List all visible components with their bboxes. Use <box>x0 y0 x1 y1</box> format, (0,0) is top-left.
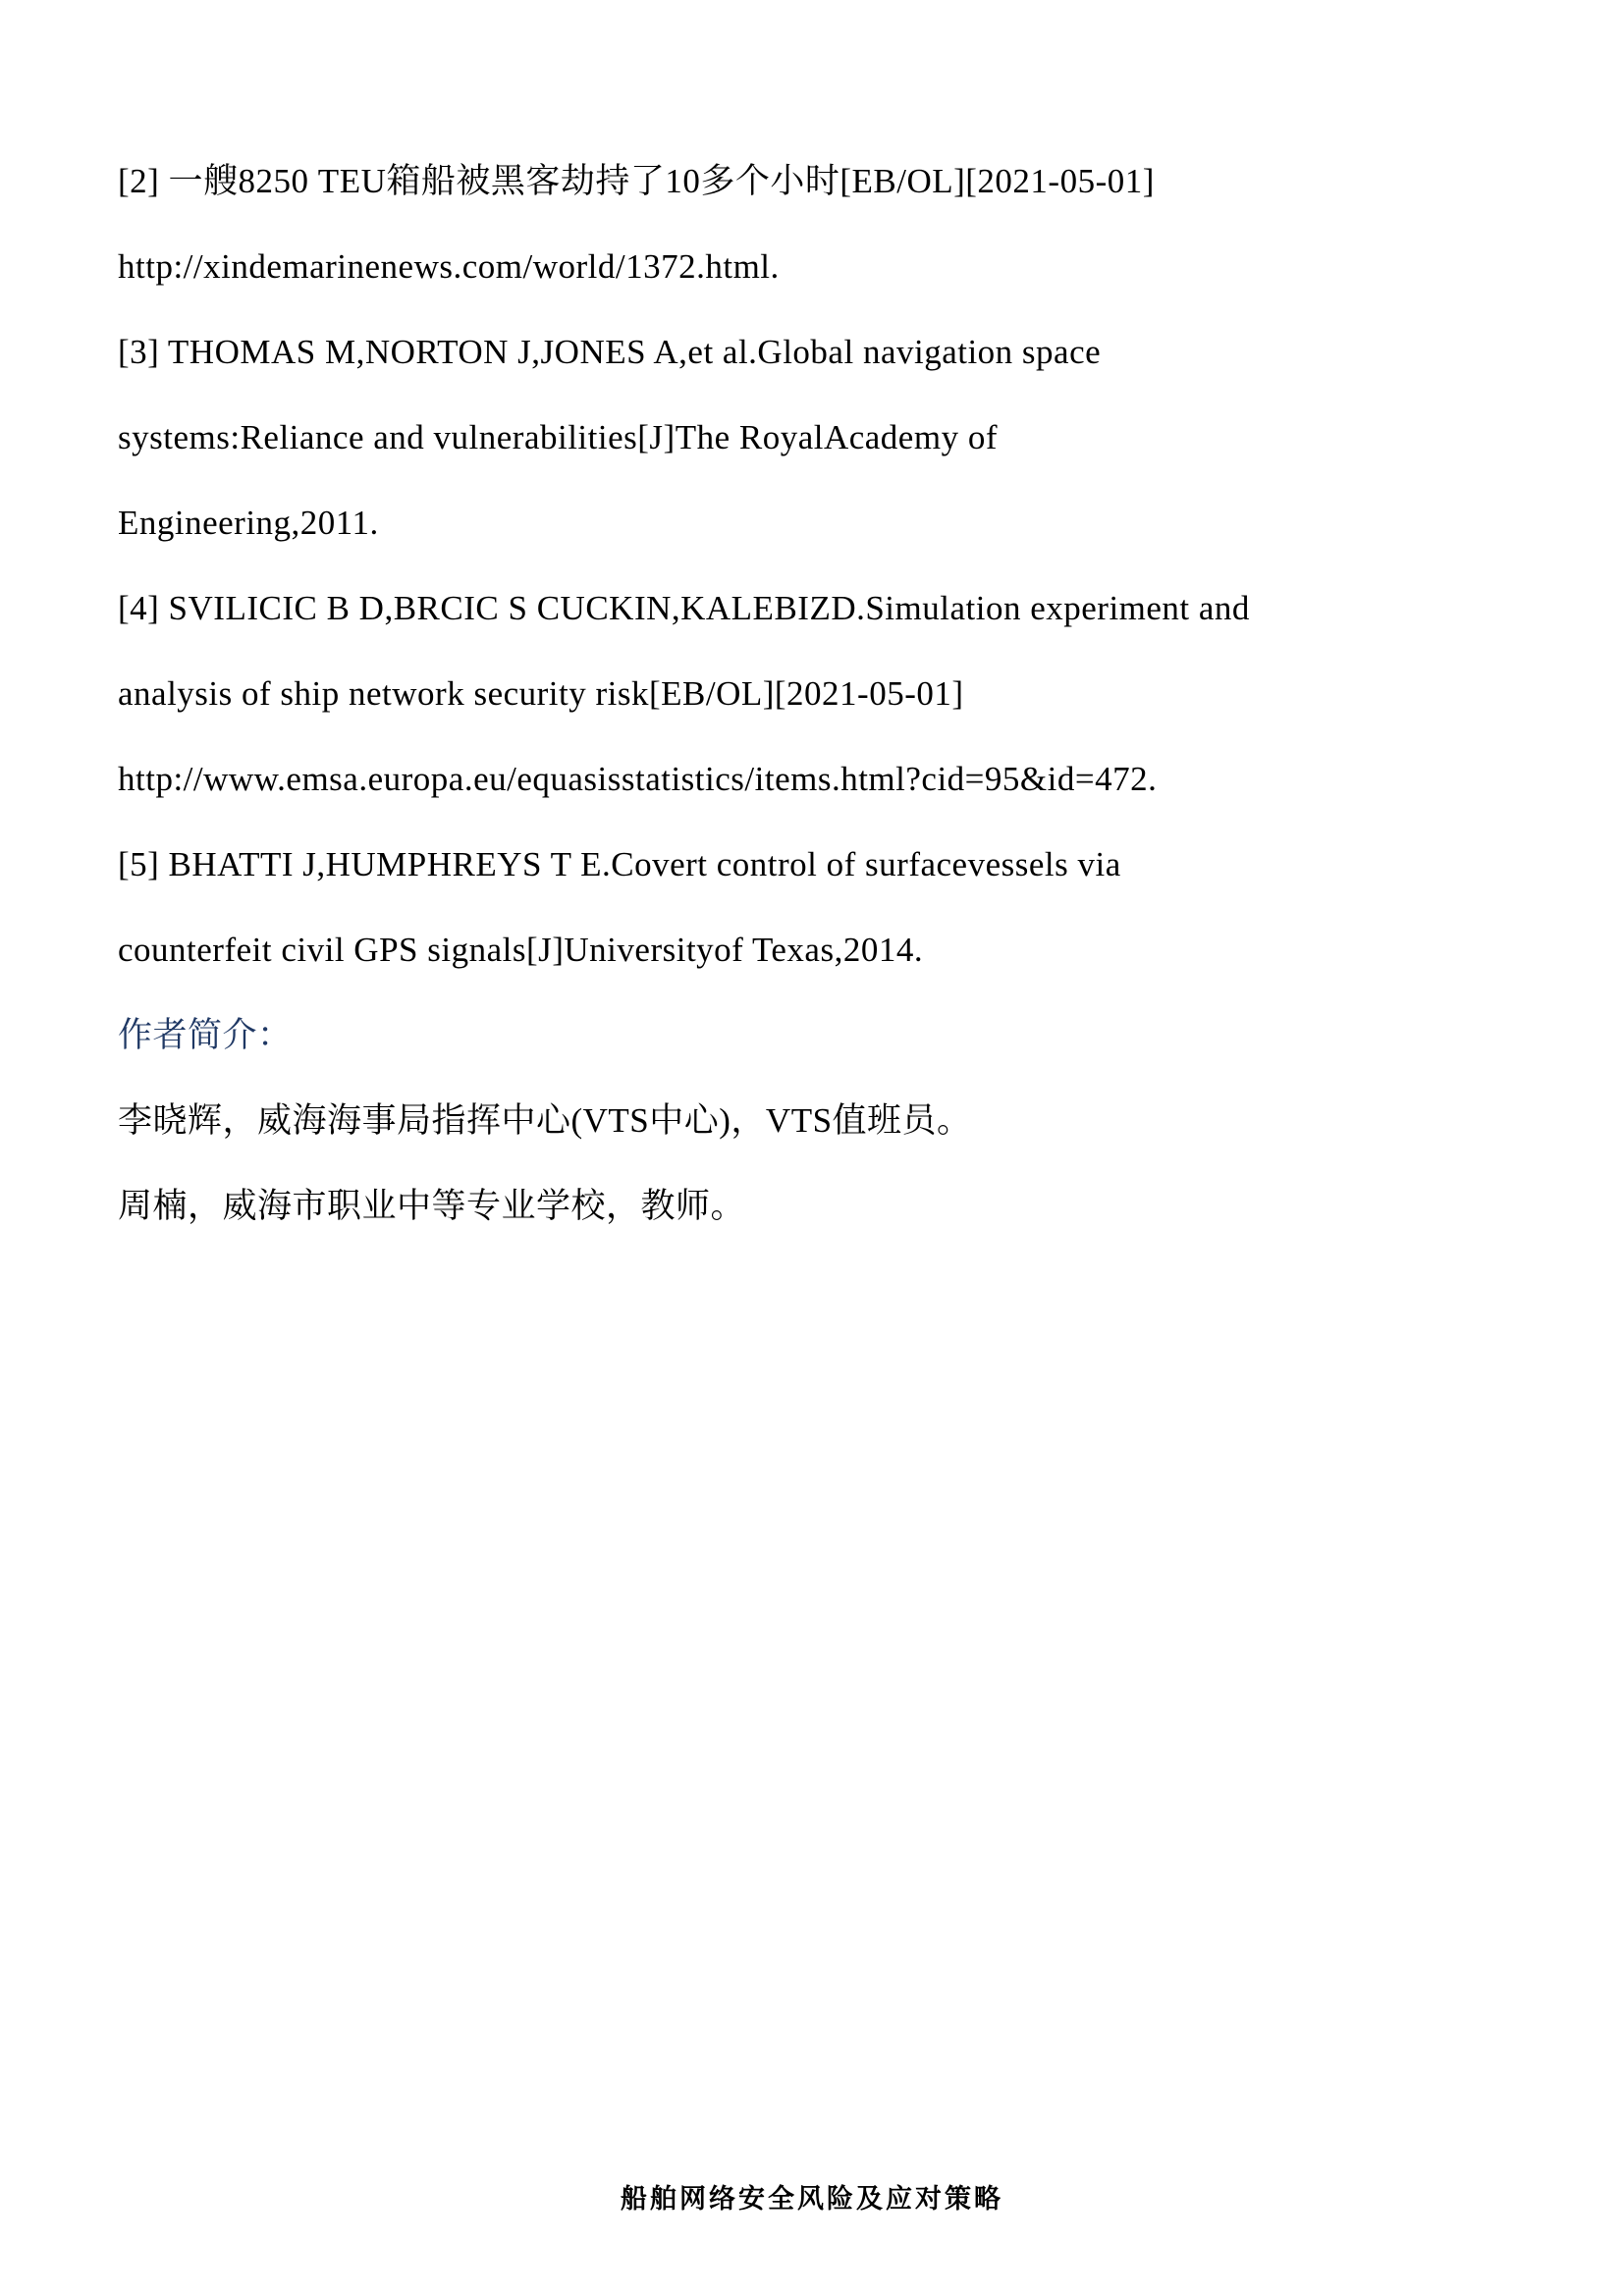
author-section: 作者简介： 李晓辉，威海海事局指挥中心(VTS中心)，VTS值班员。 周楠，威海… <box>118 992 1536 1249</box>
reference-url: http://xindemarinenews.com/world/1372.ht… <box>118 224 1536 309</box>
page-footer: 船舶网络安全风险及应对策略 <box>0 2177 1624 2216</box>
author-bio-line: 周楠，威海市职业中等专业学校，教师。 <box>118 1163 1536 1249</box>
author-section-heading: 作者简介： <box>118 992 1536 1078</box>
reference-line: [4] SVILICIC B D,BRCIC S CUCKIN,KALEBIZD… <box>118 565 1536 651</box>
reference-line: [2] 一艘8250 TEU箱船被黑客劫持了10多个小时[EB/OL][2021… <box>118 138 1536 224</box>
references-section: [2] 一艘8250 TEU箱船被黑客劫持了10多个小时[EB/OL][2021… <box>118 138 1536 992</box>
reference-line: Engineering,2011. <box>118 480 1536 565</box>
page-body: [2] 一艘8250 TEU箱船被黑客劫持了10多个小时[EB/OL][2021… <box>118 138 1536 1249</box>
reference-line: analysis of ship network security risk[E… <box>118 651 1536 736</box>
reference-line: [5] BHATTI J,HUMPHREYS T E.Covert contro… <box>118 822 1536 907</box>
reference-url: http://www.emsa.europa.eu/equasisstatist… <box>118 736 1536 822</box>
author-bio-line: 李晓辉，威海海事局指挥中心(VTS中心)，VTS值班员。 <box>118 1078 1536 1163</box>
footer-title: 船舶网络安全风险及应对策略 <box>621 2184 1003 2214</box>
reference-line: [3] THOMAS M,NORTON J,JONES A,et al.Glob… <box>118 309 1536 395</box>
reference-line: counterfeit civil GPS signals[J]Universi… <box>118 907 1536 992</box>
document-page: [2] 一艘8250 TEU箱船被黑客劫持了10多个小时[EB/OL][2021… <box>0 0 1624 2296</box>
reference-line: systems:Reliance and vulnerabilities[J]T… <box>118 395 1536 480</box>
